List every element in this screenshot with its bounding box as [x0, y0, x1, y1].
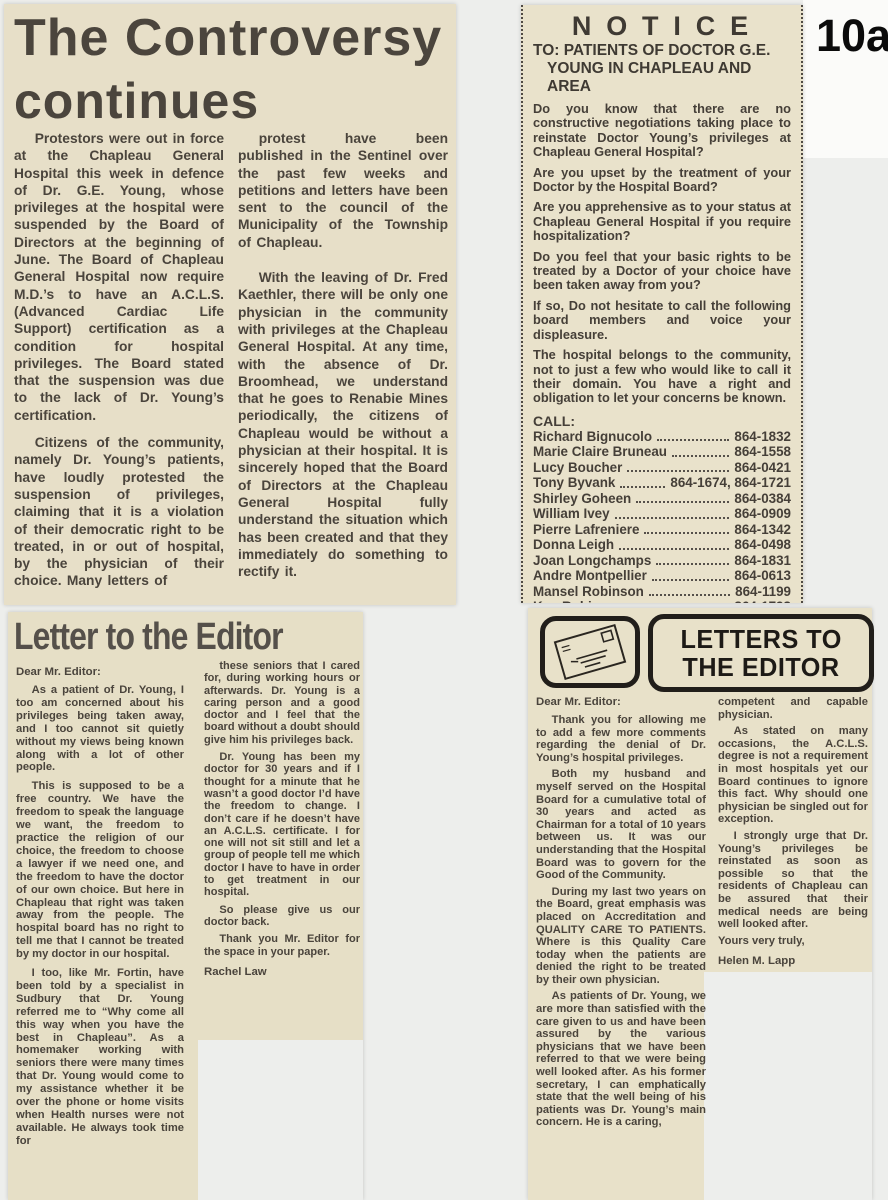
contact-name: Donna Leigh [533, 537, 614, 553]
controversy-column-left: Protestors were out in force at the Chap… [14, 130, 224, 601]
notice-addressee-line1: TO: PATIENTS OF DOCTOR G.E. [533, 42, 791, 60]
letter1-headline: Letter to the Editor [14, 616, 283, 659]
contact-leader [615, 517, 730, 519]
controversy-title-line2: continues [14, 76, 259, 126]
letter2-column-left: Dear Mr. Editor: Thank you for allowing … [536, 696, 706, 1196]
notice-if-so-paragraph: If so, Do not hesitate to call the follo… [533, 299, 791, 342]
controversy-title-line1: The Controversy [14, 12, 442, 64]
paragraph: With the leaving of Dr. Fred Kaethler, t… [238, 269, 448, 580]
clipping-notice: NOTICE TO: PATIENTS OF DOCTOR G.E. YOUNG… [521, 5, 803, 603]
contact-name: Marie Claire Bruneau [533, 444, 667, 460]
letter1-column-left: Dear Mr. Editor: As a patient of Dr. You… [16, 666, 184, 1198]
notice-community-paragraph: The hospital belongs to the community, n… [533, 348, 791, 406]
paragraph: Dr. Young has been my doctor for 30 year… [204, 751, 360, 899]
contact-row: Donna Leigh864-0498 [533, 537, 791, 553]
contact-row: Joan Longchamps864-1831 [533, 553, 791, 569]
notice-question: Are you upset by the treatment of your D… [533, 166, 791, 195]
contact-row: Marie Claire Bruneau864-1558 [533, 444, 791, 460]
contact-name: Shirley Goheen [533, 491, 631, 507]
letter2-column-right: competent and capable physician. As stat… [718, 696, 868, 972]
contact-row: Ken Rubin864-1793 [533, 599, 791, 603]
scanned-newspaper-page: { "page_label": "10a", "controversy": { … [0, 0, 888, 1200]
contact-phone: 864-0498 [734, 537, 791, 553]
contact-phone: 864-0384 [734, 491, 791, 507]
contact-phone: 864-1793 [734, 599, 791, 603]
contact-name: Richard Bignucolo [533, 429, 652, 445]
contact-leader [636, 501, 729, 503]
paragraph: As patients of Dr. Young, we are more th… [536, 990, 706, 1129]
letter-signature: Helen M. Lapp [718, 955, 868, 967]
paragraph: Thank you Mr. Editor for the space in yo… [204, 933, 360, 958]
contact-phone: 864-1342 [734, 522, 791, 538]
clipping-letter-to-editor: Letter to the Editor Dear Mr. Editor: As… [8, 612, 363, 1200]
letter-salutation: Dear Mr. Editor: [536, 696, 706, 708]
contact-phone: 864-0613 [734, 568, 791, 584]
paragraph: As stated on many occasions, the A.C.L.S… [718, 725, 868, 826]
contact-name: Pierre Lafreniere [533, 522, 639, 538]
letter-closing: Yours very truly, [718, 935, 868, 948]
letter-salutation: Dear Mr. Editor: [16, 666, 184, 678]
contact-phone: 864-1558 [734, 444, 791, 460]
notice-contacts: Richard Bignucolo864-1832 Marie Claire B… [533, 429, 791, 603]
contact-phone: 864-1674, 864-1721 [670, 475, 791, 491]
paragraph: During my last two years on the Board, g… [536, 886, 706, 987]
envelope-icon [545, 621, 635, 683]
contact-leader [656, 563, 729, 565]
contact-name: Joan Longchamps [533, 553, 651, 569]
controversy-columns: Protestors were out in force at the Chap… [14, 130, 448, 601]
contact-row: Pierre Lafreniere864-1342 [533, 522, 791, 538]
masthead-line2: THE EDITOR [682, 653, 839, 681]
page-label: 10a [816, 10, 888, 62]
paragraph: Thank you for allowing me to add a few m… [536, 714, 706, 764]
contact-name: Ken Rubin [533, 599, 600, 603]
call-label: CALL: [533, 413, 791, 429]
paragraph: As a patient of Dr. Young, I too am conc… [16, 684, 184, 774]
contact-row: Richard Bignucolo864-1832 [533, 429, 791, 445]
paragraph: Citizens of the community, namely Dr. Yo… [14, 434, 224, 590]
notice-title: NOTICE [544, 11, 791, 42]
clipping-controversy: The Controversy continues Protestors wer… [4, 4, 456, 605]
contact-phone: 864-1199 [735, 584, 791, 600]
contact-name: Lucy Boucher [533, 460, 622, 476]
masthead-line1: LETTERS TO [680, 625, 841, 653]
contact-leader [627, 470, 729, 472]
notice-question: Do you feel that your basic rights to be… [533, 250, 791, 293]
paragraph: these seniors that I cared for, during w… [204, 660, 360, 746]
paragraph: protest have been published in the Senti… [238, 130, 448, 251]
contact-phone: 864-0421 [734, 460, 791, 476]
contact-row: William Ivey864-0909 [533, 506, 791, 522]
contact-leader [619, 548, 729, 550]
contact-leader [657, 439, 729, 441]
controversy-column-right: protest have been published in the Senti… [238, 130, 448, 601]
paragraph: competent and capable physician. [718, 696, 868, 721]
contact-phone: 864-1832 [734, 429, 791, 445]
if-so-bold: If so, [533, 298, 564, 313]
envelope-box [540, 616, 640, 688]
notice-addressee-line2: YOUNG IN CHAPLEAU AND AREA [533, 60, 791, 96]
contact-row: Shirley Goheen864-0384 [533, 491, 791, 507]
contact-leader [672, 455, 729, 457]
notice-question: Are you apprehensive as to your status a… [533, 200, 791, 243]
contact-phone: 864-0909 [734, 506, 791, 522]
contact-phone: 864-1831 [734, 553, 791, 569]
contact-name: William Ivey [533, 506, 610, 522]
paragraph: Protestors were out in force at the Chap… [14, 130, 224, 424]
contact-name: Tony Byvank [533, 475, 615, 491]
paragraph: This is supposed to be a free country. W… [16, 780, 184, 961]
contact-leader [649, 594, 730, 596]
contact-name: Andre Montpellier [533, 568, 647, 584]
clipping-letters-to-editor: LETTERS TO THE EDITOR Dear Mr. Editor: T… [528, 608, 872, 1200]
contact-leader [620, 486, 665, 488]
paragraph: Both my husband and myself served on the… [536, 768, 706, 881]
contact-leader [652, 579, 730, 581]
contact-row: Andre Montpellier864-0613 [533, 568, 791, 584]
masthead-title-box: LETTERS TO THE EDITOR [648, 614, 874, 692]
contact-row: Lucy Boucher864-0421 [533, 460, 791, 476]
contact-name: Mansel Robinson [533, 584, 644, 600]
notice-question: Do you know that there are no constructi… [533, 102, 791, 160]
if-so-rest: Do not hesitate to call the following bo… [533, 298, 791, 342]
paragraph: I strongly urge that Dr. Young’s privile… [718, 830, 868, 931]
letter-signature: Rachel Law [204, 966, 360, 978]
contact-row: Mansel Robinson864-1199 [533, 584, 791, 600]
letter1-column-right: these seniors that I cared for, during w… [204, 660, 360, 1038]
paragraph: I too, like Mr. Fortin, have been told b… [16, 967, 184, 1148]
contact-row: Tony Byvank864-1674, 864-1721 [533, 475, 791, 491]
contact-leader [644, 532, 729, 534]
paragraph: So please give us our doctor back. [204, 904, 360, 929]
